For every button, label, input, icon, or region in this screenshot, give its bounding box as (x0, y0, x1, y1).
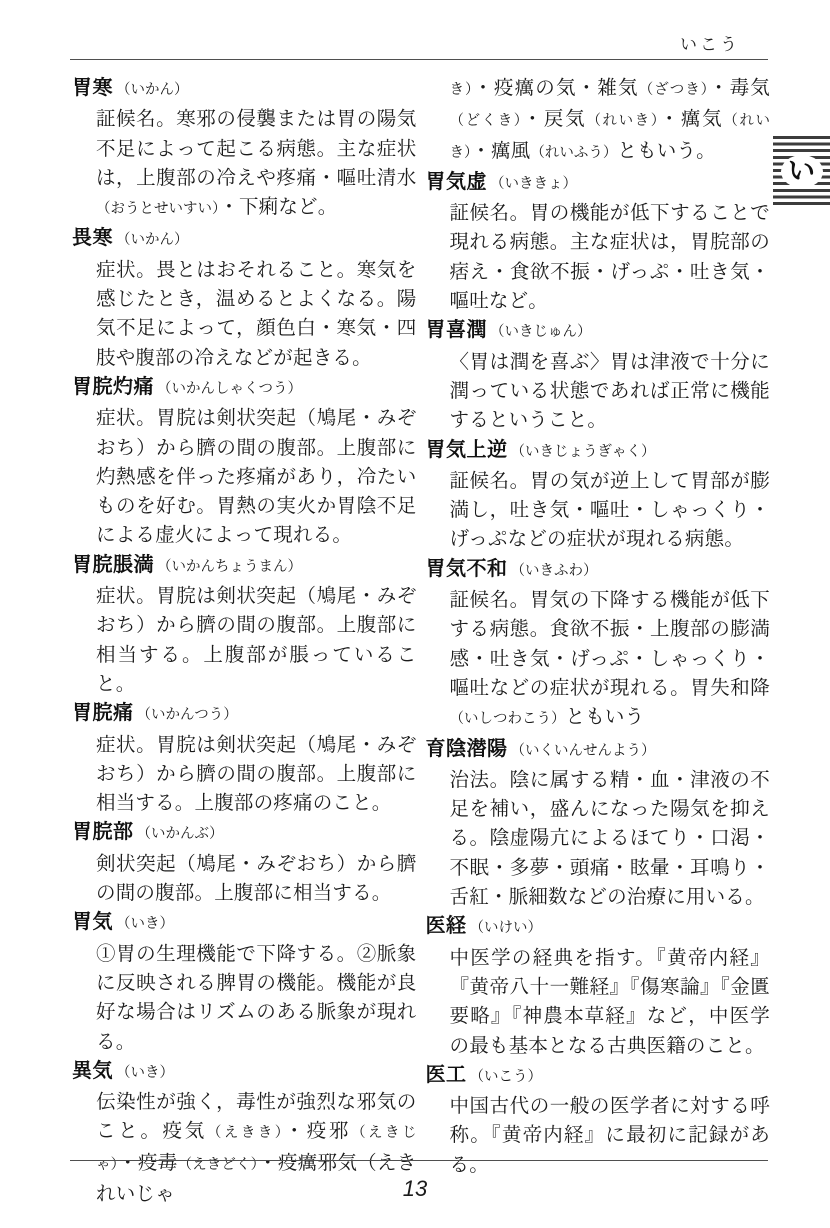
right-column: き）・疫癘の気・雑気（ざつき）・毒気（どくき）・戻気（れいき）・癘気（れいき）・… (426, 74, 771, 1209)
entry-reading: （いきじゅん） (487, 324, 592, 340)
inline-reading: （どくき） (450, 113, 523, 129)
entry-headline: 胃脘痛（いかんつう） (72, 699, 417, 730)
entry-definition: 証候名。胃の機能が低下することで現れる病態。主な症状は，胃脘部の痞え・食欲不振・… (426, 199, 771, 316)
entry-definition: ①胃の生理機能で下降する。②脈象に反映される脾胃の機能。機能が良好な場合はリズム… (72, 940, 417, 1057)
text-columns: 胃寒（いかん）証候名。寒邪の侵襲または胃の陽気不足によって起こる病態。主な症状は… (72, 74, 770, 1209)
entry-headline: 胃気虚（いききょ） (426, 168, 771, 199)
footer-rule (70, 1160, 768, 1161)
inline-reading: （おうとせいすい） (96, 201, 219, 217)
entry-headword: 異気 (72, 1060, 113, 1082)
entry-reading: （いかん） (113, 82, 189, 98)
entry-reading: （いききょ） (487, 176, 577, 192)
entry-headword: 胃脘脹満 (72, 554, 154, 576)
entry-definition: 証候名。胃の気が逆上して胃部が膨満し，吐き気・嘔吐・しゃっくり・げっぷなどの症状… (426, 467, 771, 555)
entry-headline: 畏寒（いかん） (72, 224, 417, 255)
entry-headword: 胃脘灼痛 (72, 376, 154, 398)
inline-reading: き） (450, 82, 474, 98)
entry-headline: 胃寒（いかん） (72, 74, 417, 105)
entry-headline: 胃脘灼痛（いかんしゃくつう） (72, 373, 417, 404)
entry-headword: 胃気上逆 (426, 439, 508, 461)
entry-headline: 胃気（いき） (72, 908, 417, 939)
entry-headword: 胃脘部 (72, 821, 134, 843)
entry-headword: 胃気 (72, 911, 113, 933)
inline-reading: （えきき） (207, 1125, 285, 1141)
entry-continuation: き）・疫癘の気・雑気（ざつき）・毒気（どくき）・戻気（れいき）・癘気（れいき）・… (426, 74, 771, 168)
entry-reading: （いけい） (467, 920, 543, 936)
index-tab-ellipse: い (781, 155, 823, 188)
entry-headword: 医工 (426, 1064, 467, 1086)
entry-headline: 育陰潜陽（いくいんせんよう） (426, 735, 771, 766)
entry-headword: 胃喜潤 (426, 319, 488, 341)
entry-reading: （いきふわ） (508, 563, 598, 579)
page-number: 13 (0, 1176, 830, 1202)
entry-definition: 治法。陰に属する精・血・津液の不足を補い，盛んになった陽気を抑える。陰虚陽亢によ… (426, 766, 771, 912)
entry-headline: 胃喜潤（いきじゅん） (426, 316, 771, 347)
dictionary-page: { "page": { "running_head": "いこう", "page… (0, 0, 830, 1228)
entry-reading: （いかんぶ） (134, 826, 224, 842)
entry-headword: 育陰潜陽 (426, 738, 508, 760)
entry-reading: （いきじょうぎゃく） (508, 444, 656, 460)
entry-headword: 胃気虚 (426, 171, 488, 193)
entry-definition: 〈胃は潤を喜ぶ〉胃は津液で十分に潤っている状態であれば正常に機能するということ。 (426, 348, 771, 436)
entry-definition: 症状。胃脘は剣状突起（鳩尾・みぞおち）から臍の間の腹部。上腹部に灼熱感を伴った疼… (72, 404, 417, 550)
entry-reading: （いかんしゃくつう） (154, 381, 302, 397)
entry-headword: 胃気不和 (426, 558, 508, 580)
entry-definition: 証候名。寒邪の侵襲または胃の陽気不足によって起こる病態。主な症状は，上腹部の冷え… (72, 105, 417, 224)
entry-headline: 胃脘部（いかんぶ） (72, 818, 417, 849)
entry-definition: 症状。胃脘は剣状突起（鳩尾・みぞおち）から臍の間の腹部。上腹部に相当する。上腹部… (72, 582, 417, 699)
entry-reading: （いかんちょうまん） (154, 559, 302, 575)
entry-definition: 症状。畏とはおそれること。寒気を感じたとき，温めるとよくなる。陽気不足によって，… (72, 256, 417, 373)
inline-reading: （れいふう） (530, 145, 617, 161)
inline-reading: （いしつわこう） (450, 711, 566, 727)
entry-reading: （いくいんせんよう） (508, 743, 656, 759)
entry-reading: （いき） (113, 916, 174, 932)
left-column: 胃寒（いかん）証候名。寒邪の侵襲または胃の陽気不足によって起こる病態。主な症状は… (72, 74, 417, 1209)
entry-headline: 胃脘脹満（いかんちょうまん） (72, 551, 417, 582)
entry-reading: （いかん） (113, 232, 189, 248)
inline-reading: （れいき） (586, 113, 659, 129)
entry-headword: 胃脘痛 (72, 702, 134, 724)
entry-definition: 中国古代の一般の医学者に対する呼称。『黄帝内経』に最初に記録がある。 (426, 1092, 771, 1180)
entry-reading: （いこう） (467, 1069, 543, 1085)
entry-reading: （いかんつう） (134, 707, 238, 723)
entry-headword: 畏寒 (72, 227, 113, 249)
entry-headline: 胃気不和（いきふわ） (426, 555, 771, 586)
entry-definition: 症状。胃脘は剣状突起（鳩尾・みぞおち）から臍の間の腹部。上腹部に相当する。上腹部… (72, 731, 417, 819)
entry-headline: 医経（いけい） (426, 912, 771, 943)
entry-headword: 医経 (426, 915, 467, 937)
entry-headline: 異気（いき） (72, 1057, 417, 1088)
entry-definition: 剣状突起（鳩尾・みぞおち）から臍の間の腹部。上腹部に相当する。 (72, 850, 417, 909)
entry-headline: 医工（いこう） (426, 1061, 771, 1092)
entry-definition: 証候名。胃気の下降する機能が低下する病態。食欲不振・上腹部の膨満感・吐き気・げっ… (426, 586, 771, 734)
inline-reading: （ざつき） (639, 82, 709, 98)
index-tab-label: い (788, 158, 815, 185)
entry-headline: 胃気上逆（いきじょうぎゃく） (426, 436, 771, 467)
entry-definition: 中医学の経典を指す。『黄帝内経』『黄帝八十一難経』『傷寒論』『金匱要略』『神農本… (426, 944, 771, 1061)
index-tab-i[interactable]: い (773, 136, 830, 207)
entry-headword: 胃寒 (72, 77, 113, 99)
entry-reading: （いき） (113, 1065, 174, 1081)
running-head: いこう (680, 30, 740, 55)
header-rule (70, 59, 768, 60)
page-container: いこう い 胃寒（いかん）証候名。寒邪の侵襲または胃の陽気不足によって起こる病態… (0, 0, 830, 1228)
